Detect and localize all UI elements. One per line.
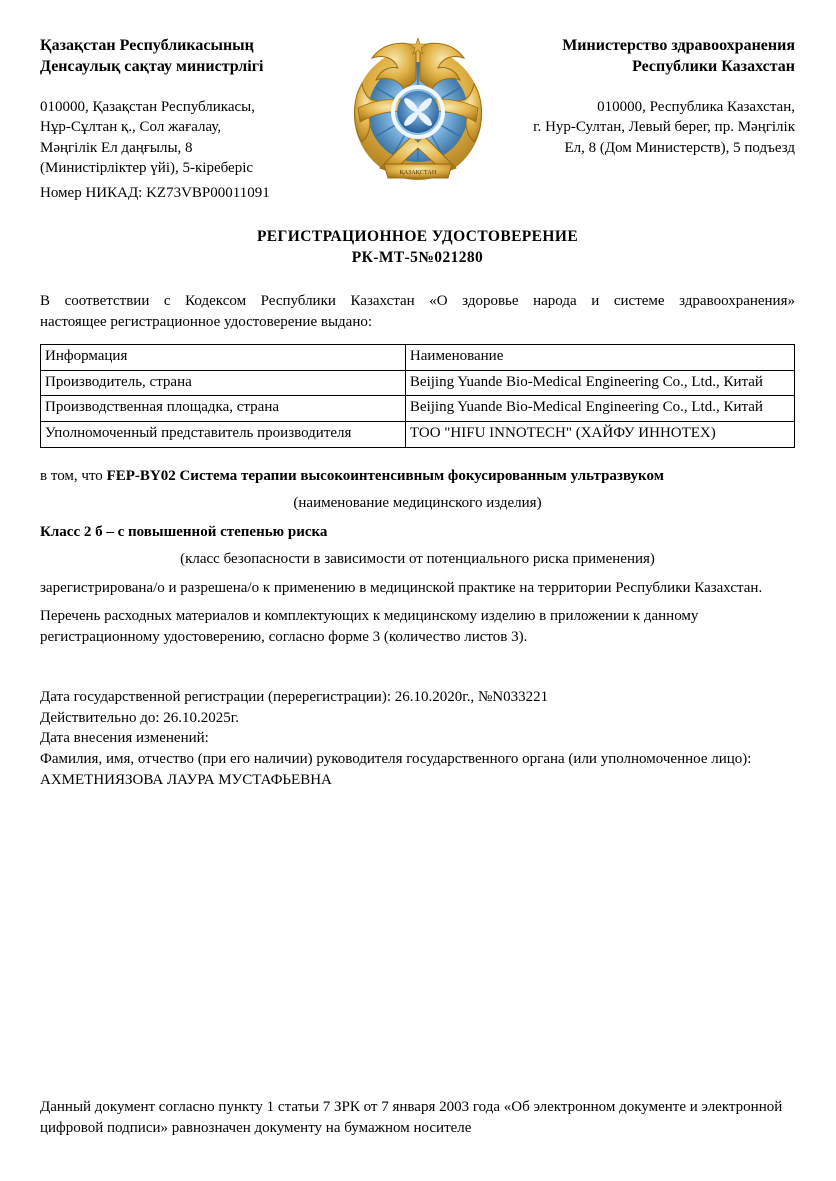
ministry-block-kk: Қазақстан Республикасының Денсаулық сақт… xyxy=(40,36,342,203)
ministry-block-ru: Министерство здравоохранения Республики … xyxy=(493,36,795,158)
valid-until-line: Действительно до: 26.10.2025г. xyxy=(40,708,795,729)
device-name-line: в том, что FEP-BY02 Система терапии высо… xyxy=(40,466,795,487)
consumables-paragraph: Перечень расходных материалов и комплект… xyxy=(40,606,795,647)
table-header-info: Информация xyxy=(41,345,406,371)
document-header: Қазақстан Республикасының Денсаулық сақт… xyxy=(40,36,795,203)
device-name-caption: (наименование медицинского изделия) xyxy=(40,493,795,514)
risk-class-caption: (класс безопасности в зависимости от пот… xyxy=(40,549,795,570)
head-official-line: Фамилия, имя, отчество (при его наличии)… xyxy=(40,749,795,790)
kazakhstan-emblem: ҚАЗАҚСТАН xyxy=(350,36,486,186)
ministry-name-kk: Қазақстан Республикасының Денсаулық сақт… xyxy=(40,36,342,78)
document-title-line1: РЕГИСТРАЦИОННОЕ УДОСТОВЕРЕНИЕ xyxy=(40,227,795,247)
risk-class-line: Класс 2 б – с повышенной степенью риска xyxy=(40,522,795,543)
nikad-number: Номер НИКАД: KZ73VBP00011091 xyxy=(40,183,342,204)
intro-paragraph: В соответствии с Кодексом Республики Каз… xyxy=(40,291,795,332)
registration-date-line: Дата государственной регистрации (перере… xyxy=(40,687,795,708)
table-row-authorized-representative: Уполномоченный представитель производите… xyxy=(41,421,795,447)
registration-details: Дата государственной регистрации (перере… xyxy=(40,687,795,790)
info-table: Информация Наименование Производитель, с… xyxy=(40,344,795,447)
emblem-banner-text: ҚАЗАҚСТАН xyxy=(399,169,436,176)
registered-paragraph: зарегистрирована/о и разрешена/о к приме… xyxy=(40,578,795,599)
document-title: РЕГИСТРАЦИОННОЕ УДОСТОВЕРЕНИЕ РК-МТ-5№02… xyxy=(40,227,795,268)
device-name: FEP-BY02 Система терапии высокоинтенсивн… xyxy=(107,468,664,484)
kazakhstan-emblem-icon: ҚАЗАҚСТАН xyxy=(350,36,486,186)
table-header-name: Наименование xyxy=(405,345,794,371)
legal-footer: Данный документ согласно пункту 1 статьи… xyxy=(40,1097,795,1138)
ministry-name-ru: Министерство здравоохранения Республики … xyxy=(493,36,795,78)
registration-certificate-document: Қазақстан Республикасының Денсаулық сақт… xyxy=(0,0,836,1181)
certificate-number: РК-МТ-5№021280 xyxy=(40,248,795,268)
table-header-row: Информация Наименование xyxy=(41,345,795,371)
table-row-production-site: Производственная площадка, страна Beijin… xyxy=(41,396,795,422)
device-name-prefix: в том, что xyxy=(40,468,107,484)
ministry-address-ru: 010000, Республика Казахстан, г. Нур-Сул… xyxy=(493,97,795,159)
amendment-date-line: Дата внесения изменений: xyxy=(40,728,795,749)
ministry-address-kk: 010000, Қазақстан Республикасы, Нұр-Сұлт… xyxy=(40,97,342,179)
table-row-manufacturer: Производитель, страна Beijing Yuande Bio… xyxy=(41,370,795,396)
